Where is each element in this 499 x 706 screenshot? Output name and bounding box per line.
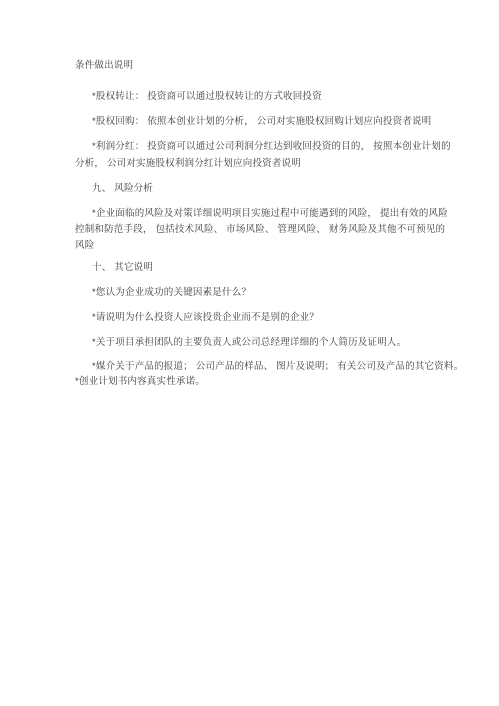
text-line-profit-dividend-wrap: 分析， 公司对实施股权利润分红计划应向投资者说明: [75, 157, 301, 170]
text-line-risk-paragraph: *企业面临的风险及对策详细说明项目实施过程中可能遇到的风险， 提出有效的风险: [92, 207, 448, 220]
text-line-risk-paragraph-wrap2: 风险: [75, 239, 94, 252]
text-line-why-invest: *请说明为什么投资人应该投贵企业而不是别的企业？: [92, 311, 319, 324]
text-line-equity-buyback: *股权回购： 依照本创业计划的分析， 公司对实施股权回购计划应向投资者说明: [92, 115, 431, 128]
text-line-equity-transfer: *股权转让： 投资商可以通过股权转让的方式收回投资: [92, 90, 322, 103]
text-line-key-success-factors: *您认为企业成功的关键因素是什么？: [92, 286, 251, 299]
text-line-team-resumes: *关于项目承担团队的主要负责人或公司总经理详细的个人简历及证明人。: [92, 336, 406, 349]
section-heading-other-notes: 十、 其它说明: [92, 261, 153, 274]
text-line-truthfulness-pledge: *创业计划书内容真实性承诺。: [75, 375, 205, 388]
text-line-product-materials: *媒介关于产品的报道； 公司产品的样品、 图片及说明； 有关公司及产品的其它资料…: [92, 360, 463, 373]
section-heading-risk-analysis: 九、 风险分析: [92, 182, 153, 195]
document-page: 条件做出说明 *股权转让： 投资商可以通过股权转让的方式收回投资 *股权回购： …: [0, 0, 499, 706]
text-line-risk-paragraph-wrap1: 控制和防范手段， 包括技术风险、 市场风险、 管理风险、 财务风险及其他不可预见…: [75, 223, 445, 236]
text-line-profit-dividend: *利润分红： 投资商可以通过公司利润分红达到收回投资的目的， 按照本创业计划的: [92, 140, 451, 153]
text-line-continuation: 条件做出说明: [75, 59, 133, 72]
